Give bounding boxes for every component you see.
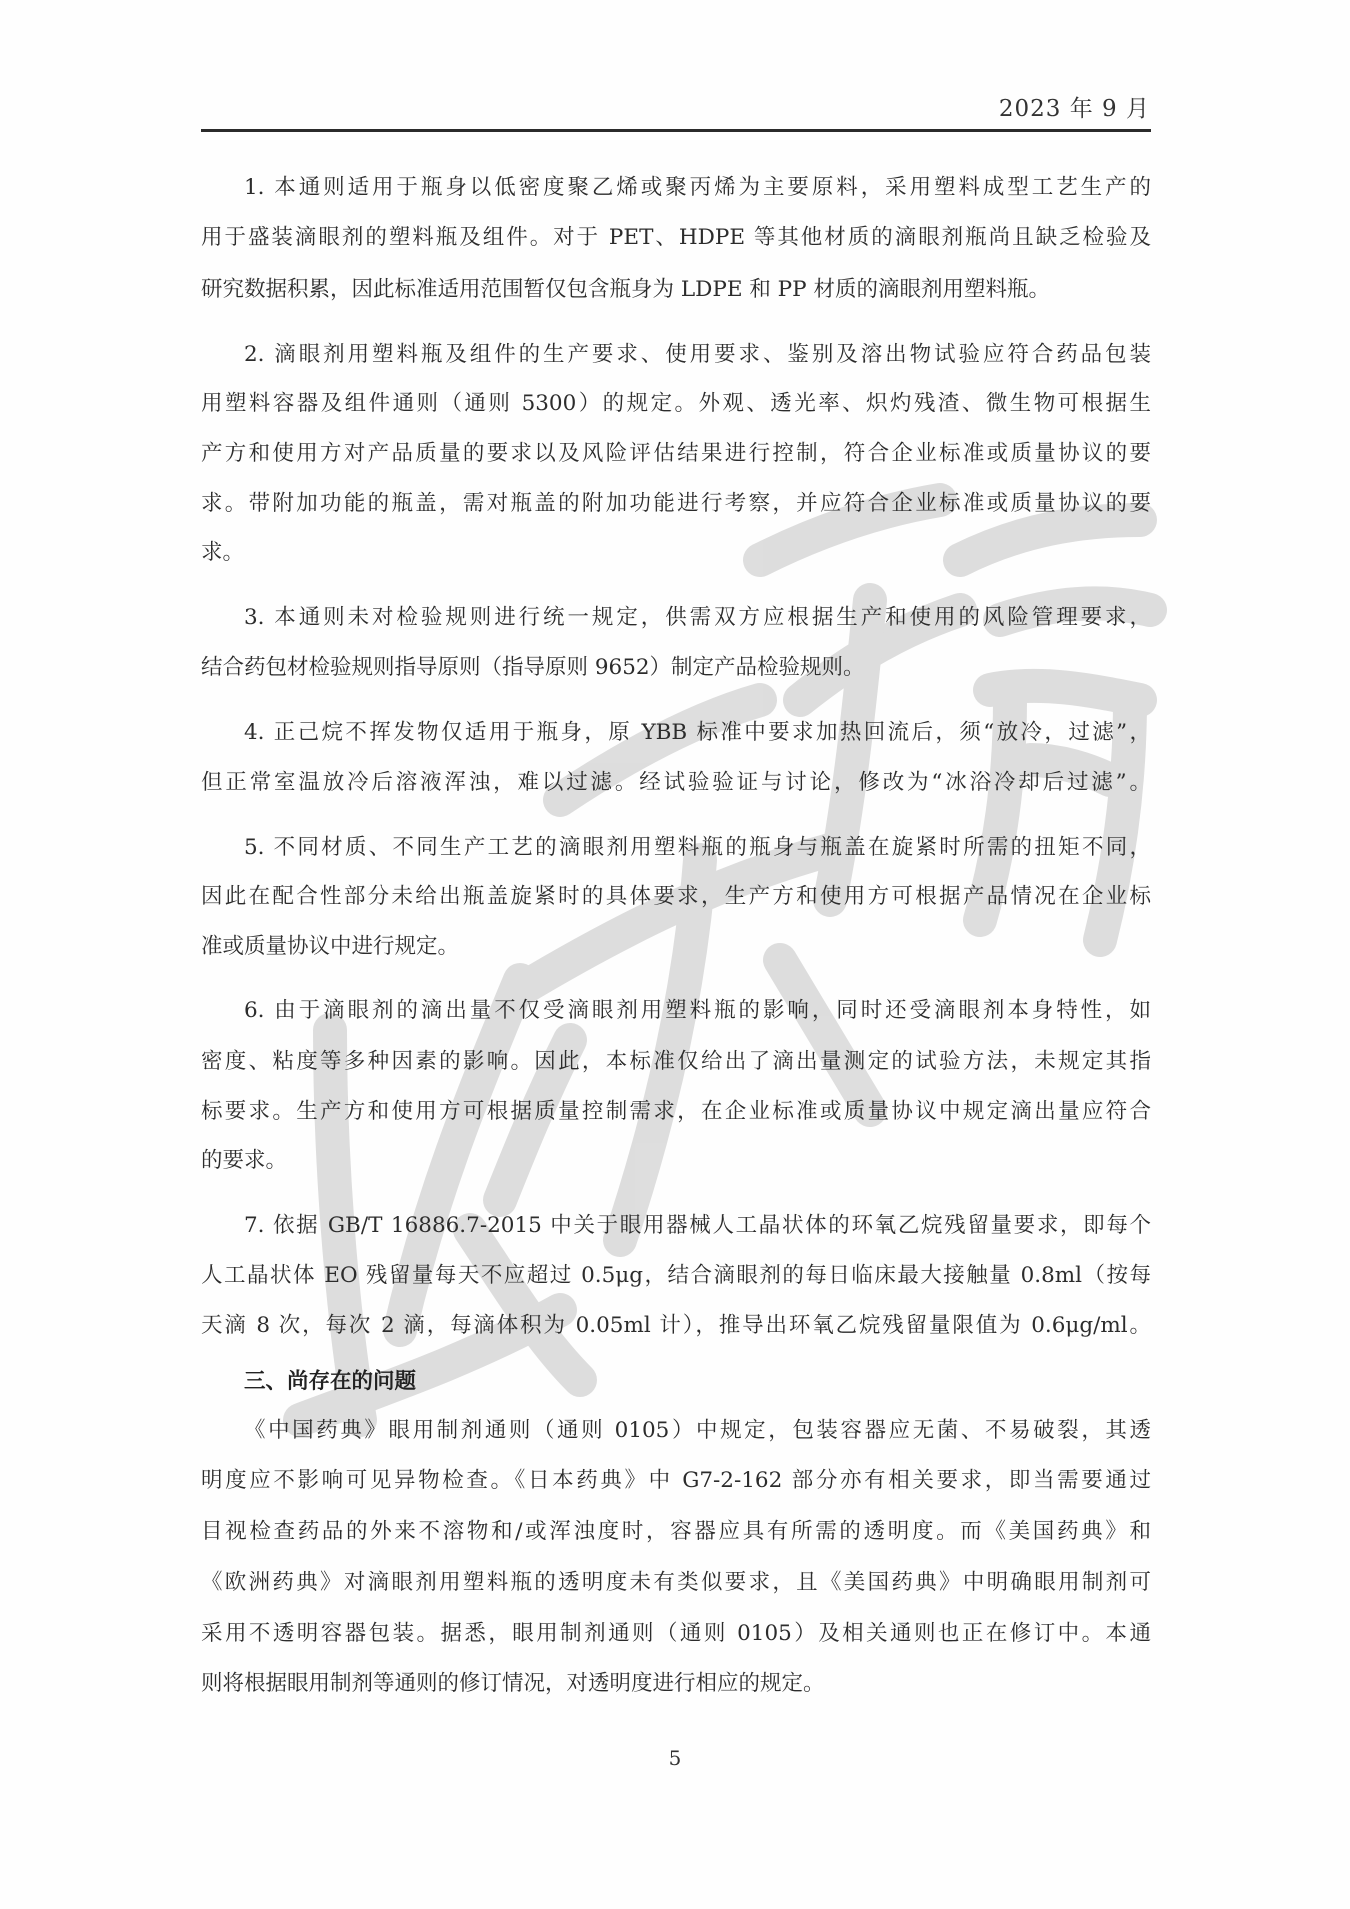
paragraph-7-line: 天滴 8 次，每次 2 滴，每滴体积为 0.05ml 计），推导出环氧乙烷残留量… — [201, 1312, 1151, 1340]
paragraph-1-line: 研究数据积累，因此标准适用范围暂仅包含瓶身为 LDPE 和 PP 材质的滴眼剂用… — [201, 276, 1151, 304]
paragraph-5-line: 因此在配合性部分未给出瓶盖旋紧时的具体要求，生产方和使用方可根据产品情况在企业标 — [201, 883, 1151, 911]
section-heading: 三、尚存在的问题 — [244, 1364, 416, 1395]
paragraph-2-line: 2. 滴眼剂用塑料瓶及组件的生产要求、使用要求、鉴别及溶出物试验应符合药品包装 — [244, 341, 1151, 369]
paragraph-6-line: 标要求。生产方和使用方可根据质量控制需求，在企业标准或质量协议中规定滴出量应符合 — [201, 1098, 1151, 1126]
section-paragraph-line: 《中国药典》眼用制剂通则（通则 0105）中规定，包装容器应无菌、不易破裂，其透 — [244, 1417, 1151, 1445]
paragraph-4-line: 4. 正己烷不挥发物仅适用于瓶身，原 YBB 标准中要求加热回流后，须“放冷，过… — [244, 719, 1151, 747]
paragraph-5-line: 5. 不同材质、不同生产工艺的滴眼剂用塑料瓶的瓶身与瓶盖在旋紧时所需的扭矩不同， — [244, 834, 1151, 862]
header-date: 2023 年 9 月 — [999, 90, 1150, 123]
paragraph-6-line: 密度、粘度等多种因素的影响。因此，本标准仅给出了滴出量测定的试验方法，未规定其指 — [201, 1048, 1151, 1076]
paragraph-3-line: 结合药包材检验规则指导原则（指导原则 9652）制定产品检验规则。 — [201, 654, 1151, 682]
section-paragraph-line: 目视检查药品的外来不溶物和/或浑浊度时，容器应具有所需的透明度。而《美国药典》和 — [201, 1518, 1151, 1546]
paragraph-6-line: 的要求。 — [201, 1147, 1151, 1175]
page-number: 5 — [0, 1746, 1350, 1770]
paragraph-2-line: 求。 — [201, 539, 1151, 567]
paragraph-1-line: 1. 本通则适用于瓶身以低密度聚乙烯或聚丙烯为主要原料，采用塑料成型工艺生产的 — [244, 174, 1151, 202]
section-paragraph-line: 则将根据眼用制剂等通则的修订情况，对透明度进行相应的规定。 — [201, 1670, 1151, 1698]
paragraph-6-line: 6. 由于滴眼剂的滴出量不仅受滴眼剂用塑料瓶的影响，同时还受滴眼剂本身特性，如 — [244, 997, 1151, 1025]
document-page: 2023 年 9 月 1. 本通则适用于瓶身以低密度聚乙烯或聚丙烯为主要原料，采… — [0, 0, 1350, 1909]
section-paragraph-line: 《欧洲药典》对滴眼剂用塑料瓶的透明度未有类似要求，且《美国药典》中明确眼用制剂可 — [201, 1569, 1151, 1597]
paragraph-5-line: 准或质量协议中进行规定。 — [201, 933, 1151, 961]
paragraph-2-line: 求。带附加功能的瓶盖，需对瓶盖的附加功能进行考察，并应符合企业标准或质量协议的要 — [201, 490, 1151, 518]
section-paragraph-line: 明度应不影响可见异物检查。《日本药典》中 G7-2-162 部分亦有相关要求，即… — [201, 1467, 1151, 1495]
header-rule — [201, 129, 1151, 132]
paragraph-4-line: 但正常室温放冷后溶液浑浊，难以过滤。经试验验证与讨论，修改为“冰浴冷却后过滤”。 — [201, 769, 1151, 797]
paragraph-7-line: 7. 依据 GB/T 16886.7-2015 中关于眼用器械人工晶状体的环氧乙… — [244, 1212, 1151, 1240]
paragraph-1-line: 用于盛装滴眼剂的塑料瓶及组件。对于 PET、HDPE 等其他材质的滴眼剂瓶尚且缺… — [201, 224, 1151, 252]
paragraph-2-line: 用塑料容器及组件通则（通则 5300）的规定。外观、透光率、炽灼残渣、微生物可根… — [201, 390, 1151, 418]
paragraph-7-line: 人工晶状体 EO 残留量每天不应超过 0.5μg，结合滴眼剂的每日临床最大接触量… — [201, 1262, 1151, 1290]
paragraph-3-line: 3. 本通则未对检验规则进行统一规定，供需双方应根据生产和使用的风险管理要求， — [244, 604, 1151, 632]
section-paragraph-line: 采用不透明容器包装。据悉，眼用制剂通则（通则 0105）及相关通则也正在修订中。… — [201, 1620, 1151, 1648]
paragraph-2-line: 产方和使用方对产品质量的要求以及风险评估结果进行控制，符合企业标准或质量协议的要 — [201, 440, 1151, 468]
